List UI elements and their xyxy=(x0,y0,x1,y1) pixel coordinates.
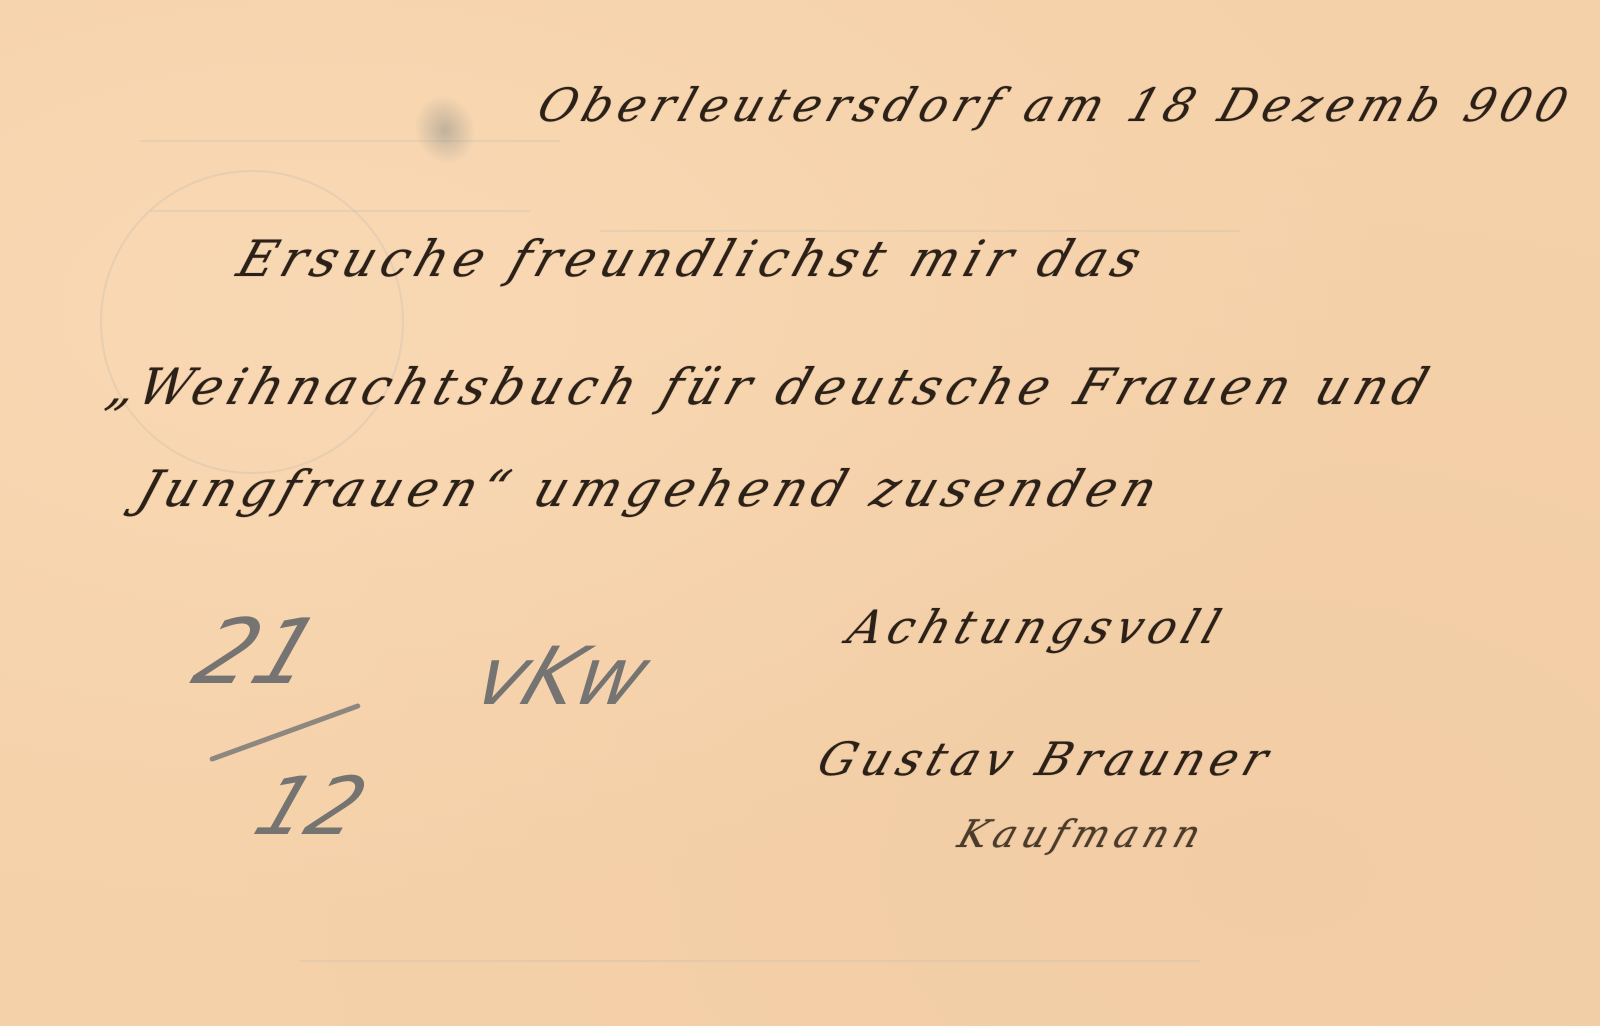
body-line-3: Jungfrauen“ umgehend zusenden xyxy=(131,460,1171,518)
closing-salutation: Achtungsvoll xyxy=(841,600,1233,654)
body-line-1: Ersuche freundlichst mir das xyxy=(231,230,1155,288)
signature: Gustav Brauner xyxy=(811,732,1281,786)
pencil-mark: vKw xyxy=(463,630,662,723)
ghost-print-line xyxy=(300,960,1200,962)
body-line-2: „Weihnachtsbuch für deutsche Frauen und xyxy=(101,358,1442,416)
place-date: Oberleutersdorf am 18 Dezemb 900 xyxy=(531,78,1580,132)
occupation: Kaufmann xyxy=(953,812,1213,856)
postmark-ghost xyxy=(100,170,404,474)
ghost-print-line xyxy=(150,210,530,212)
ghost-print-line xyxy=(140,140,560,142)
